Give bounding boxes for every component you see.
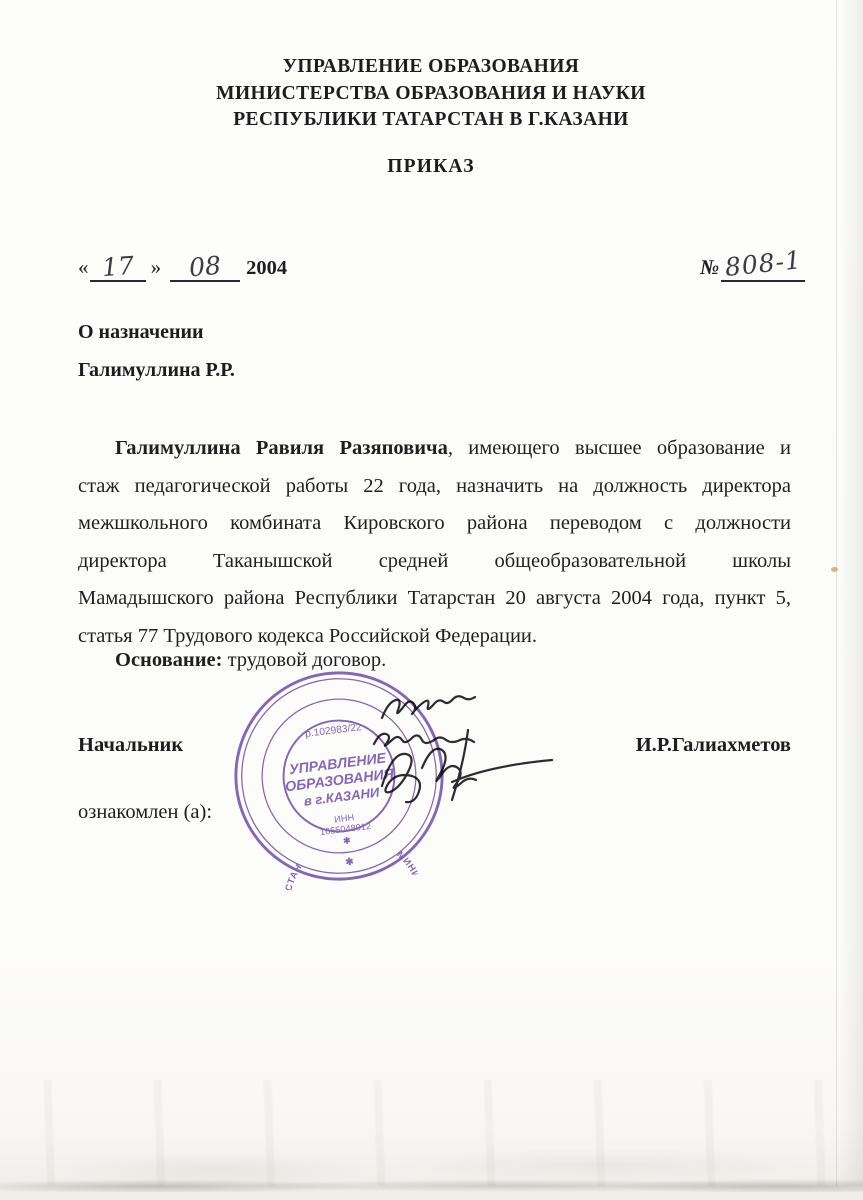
- document-title: ПРИКАЗ: [60, 156, 802, 178]
- open-quote: «: [78, 255, 89, 279]
- day-underline: 17: [90, 251, 146, 282]
- body-line-5: Мамадышского района Республики Татарстан…: [78, 580, 791, 618]
- signature-strokes: [374, 696, 552, 802]
- order-number-line: №808-1: [700, 251, 805, 282]
- handwritten-signature: [348, 686, 560, 818]
- signature-main-loop-2: [422, 749, 476, 788]
- body-line-4: директора Таканышской средней общеобразо…: [78, 543, 791, 581]
- month-underline: 08: [170, 251, 240, 282]
- stamp-star-inner: ✱: [343, 835, 352, 846]
- signature-main-loop-1: [382, 754, 420, 802]
- body-line-1: Галимуллина Равиля Разяповича, имеющего …: [78, 430, 791, 468]
- stamp-star-outer: ✱: [345, 856, 355, 868]
- subject-line-2: Галимуллина Р.Р.: [78, 359, 235, 382]
- acknowledgement-line: ознакомлен (а):: [78, 801, 212, 824]
- body-line-3: межшкольного комбината Кировского района…: [78, 505, 791, 543]
- basis-label: Основание:: [115, 649, 222, 671]
- number-sign: №: [700, 255, 719, 279]
- paper-stain: [831, 567, 838, 572]
- date-line: «17 »082004: [78, 251, 287, 282]
- paper-edge-shadow: [0, 1178, 863, 1192]
- signer-name: И.Р.Галиахметов: [560, 734, 791, 757]
- letterhead-line-3: РЕСПУБЛИКИ ТАТАРСТАН В Г.КАЗАНИ: [60, 107, 802, 134]
- number-underline: 808-1: [721, 251, 805, 282]
- letterhead: УПРАВЛЕНИЕ ОБРАЗОВАНИЯ МИНИСТЕРСТВА ОБРА…: [60, 54, 802, 134]
- signature-graphic: [348, 686, 560, 818]
- body-line-2: стаж педагогической работы 22 года, назн…: [78, 468, 791, 506]
- order-body: Галимуллина Равиля Разяповича, имеющего …: [78, 430, 791, 656]
- person-full-name: Галимуллина Равиля Разяповича: [115, 437, 448, 459]
- basis-line: Основание: трудовой договор.: [78, 649, 791, 672]
- subject-line-1: О назначении: [78, 321, 204, 344]
- year: 2004: [246, 257, 287, 279]
- paper-wrinkles: [0, 1080, 863, 1186]
- letterhead-line-2: МИНИСТЕРСТВА ОБРАЗОВАНИЯ И НАУКИ: [60, 81, 802, 108]
- handwritten-month: 08: [188, 251, 222, 283]
- signer-position: Начальник: [78, 734, 183, 757]
- scan-edge-shading: [839, 0, 863, 1186]
- signature-scribble-word-2: [374, 734, 474, 746]
- handwritten-number: 808-1: [723, 245, 803, 282]
- stamp-inn-value: 1655048012: [319, 821, 371, 837]
- close-quote: »: [151, 255, 162, 279]
- letterhead-line-1: УПРАВЛЕНИЕ ОБРАЗОВАНИЯ: [60, 54, 802, 81]
- handwritten-day: 17: [101, 251, 135, 282]
- paper-fold-line: [836, 0, 837, 1186]
- signature-scribble-word-1: [382, 696, 475, 718]
